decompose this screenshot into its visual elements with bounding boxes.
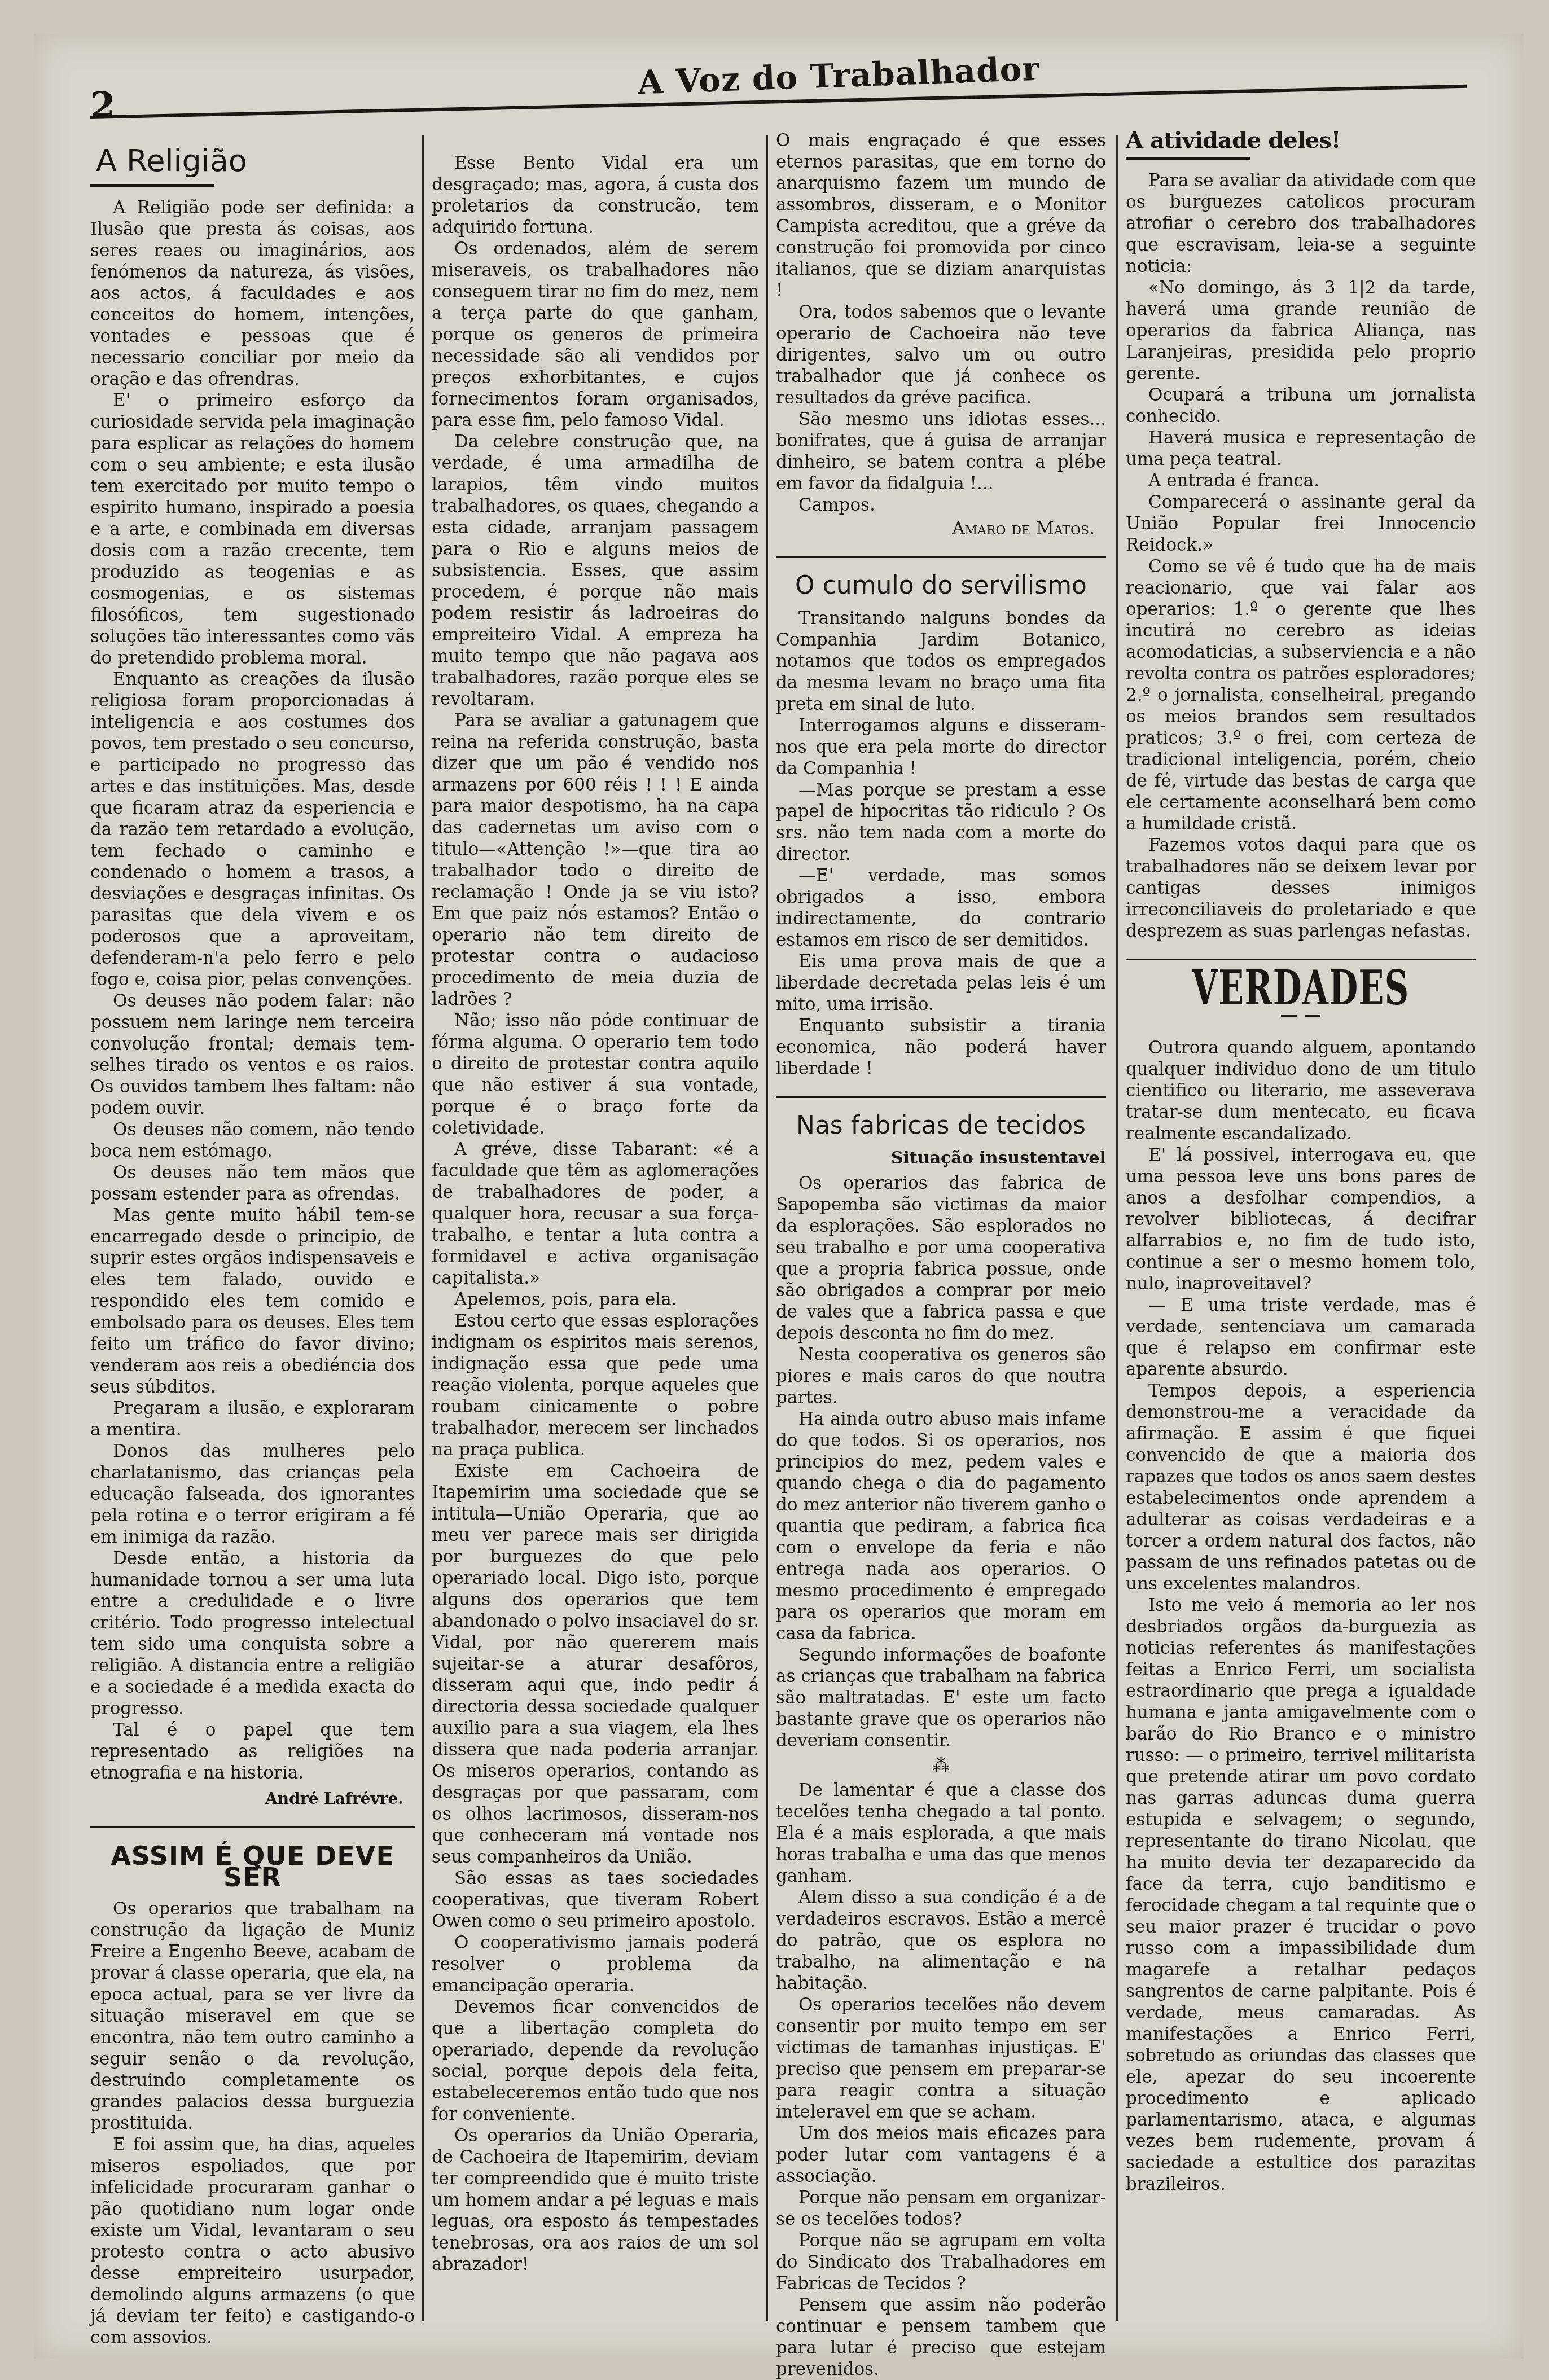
- paragraph: Mas gente muito hábil tem-se encarregado…: [90, 1205, 415, 1398]
- paragraph: Como se vê é tudo que ha de mais reacion…: [1126, 556, 1476, 835]
- paragraph: Os deuses não tem mãos que possam estend…: [90, 1162, 415, 1205]
- paragraph: Apelemos, pois, para ela.: [432, 1289, 759, 1310]
- paragraph: Esse Bento Vidal era um desgraçado; mas,…: [432, 152, 759, 238]
- page-number: 2: [90, 85, 116, 127]
- paragraph: Ora, todos sabemos que o levante operari…: [776, 301, 1106, 409]
- article-title-verdades: VERDADES: [1178, 977, 1423, 999]
- paragraph: — E uma triste verdade, mas é verdade, s…: [1126, 1294, 1476, 1380]
- paragraph: Porque não pensam em organizar-se os tec…: [776, 2187, 1106, 2230]
- article-separator: [90, 1826, 415, 1828]
- column-1: A Religião A Religião pode ser definida:…: [90, 130, 415, 2338]
- paragraph: —Mas porque se prestam a esse papel de h…: [776, 779, 1106, 865]
- paragraph: Não; isso não póde continuar de fórma al…: [432, 1010, 759, 1139]
- paragraph: Ha ainda outro abuso mais infame do que …: [776, 1408, 1106, 1644]
- paragraph: Outrora quando alguem, apontando qualque…: [1126, 1037, 1476, 1144]
- article-atividade-body: Para se avaliar da atividade com que os …: [1126, 170, 1476, 942]
- paragraph: O cooperativismo jamais poderá resolver …: [432, 1932, 759, 1996]
- paragraph: Pensem que assim não poderão continuar e…: [776, 2294, 1106, 2366]
- paragraph: São mesmo uns idiotas esses... bonifrate…: [776, 409, 1106, 494]
- paragraph: Os deuses não podem falar: não possuem n…: [90, 990, 415, 1119]
- article-separator: [776, 556, 1106, 558]
- article-tecidos-body-2: De lamentar é que a classe dos tecelões …: [776, 1780, 1106, 2366]
- paragraph: E foi assim que, ha dias, aqueles misero…: [90, 2134, 415, 2348]
- article-signature: Amaro de Matos.: [776, 518, 1095, 539]
- paragraph: Interrogamos alguns e disseram-nos que e…: [776, 715, 1106, 779]
- article-title-atividade: A atividade deles!: [1126, 130, 1476, 151]
- paragraph: Os operarios da União Operaria, de Cacho…: [432, 2125, 759, 2275]
- paragraph: Estou certo que essas esplorações indign…: [432, 1310, 759, 1460]
- paragraph: Alem disso a sua condição é a de verdade…: [776, 1887, 1106, 1994]
- paragraph: Devemos ficar convencidos de que a liber…: [432, 1996, 759, 2125]
- paragraph: Tempos depois, a esperiencia demonstrou-…: [1126, 1380, 1476, 1595]
- paragraph: Para se avaliar da atividade com que os …: [1126, 170, 1476, 277]
- paragraph: Os deuses não comem, não tendo boca nem …: [90, 1119, 415, 1162]
- article-place: Campos.: [776, 494, 1106, 516]
- column-2: Esse Bento Vidal era um desgraçado; mas,…: [432, 130, 759, 2338]
- paragraph: Nesta cooperativa os generos são piores …: [776, 1344, 1106, 1408]
- paragraph: Os operarios tecelões não devem consenti…: [776, 1994, 1106, 2123]
- title-underline: [90, 184, 214, 187]
- paragraph: Para se avaliar a gatunagem que reina na…: [432, 710, 759, 1010]
- paragraph: A entrada é franca.: [1126, 470, 1476, 491]
- paragraph: Um dos meios mais eficazes para poder lu…: [776, 2123, 1106, 2187]
- article-religiao-body: A Religião pode ser definida: a Ilusão q…: [90, 197, 415, 1784]
- article-signature: André Lafrévre.: [90, 1788, 403, 1810]
- paragraph: Fazemos votos daqui para que os trabalha…: [1126, 835, 1476, 942]
- article-assim-continued-2: O mais engraçado é que esses eternos par…: [776, 130, 1106, 494]
- paragraph: Porque não se agrupam em volta do Sindic…: [776, 2230, 1106, 2294]
- column-3: O mais engraçado é que esses eternos par…: [776, 130, 1106, 2338]
- paragraph: Os operarios das fabrica de Sapopemba sã…: [776, 1173, 1106, 1344]
- column-divider: [1116, 135, 1118, 2321]
- title-underline: [1126, 157, 1250, 160]
- asterism-separator: ⁂: [776, 1755, 1106, 1776]
- paragraph: Os ordenados, além de serem miseraveis, …: [432, 238, 759, 431]
- article-title-tecidos: Nas fabricas de tecidos: [776, 1115, 1106, 1136]
- column-divider: [766, 135, 768, 2321]
- paragraph: «No domingo, ás 3 1|2 da tarde, haverá u…: [1126, 277, 1476, 384]
- paragraph: Tal é o papel que tem representado as re…: [90, 1719, 415, 1784]
- paragraph: Desde então, a historia da humanidade to…: [90, 1548, 415, 1719]
- paragraph: Comparecerá o assinante geral da União P…: [1126, 491, 1476, 556]
- paragraph: Transitando nalguns bondes da Companhia …: [776, 608, 1106, 715]
- paragraph: Pregaram a ilusão, e exploraram a mentir…: [90, 1398, 415, 1441]
- article-assim-body: Os operarios que trabalham na construção…: [90, 1898, 415, 2348]
- paragraph: São essas as taes sociedades cooperativa…: [432, 1868, 759, 1932]
- column-4: A atividade deles! Para se avaliar da at…: [1126, 130, 1476, 2338]
- paragraph: Enquanto as creações da ilusão religiosa…: [90, 669, 415, 990]
- paragraph: Isto me veio á memoria ao ler nos desbri…: [1126, 1595, 1476, 2195]
- paragraph: E' o primeiro esforço da curiosidade ser…: [90, 390, 415, 669]
- paragraph: Os operarios que trabalham na construção…: [90, 1898, 415, 2134]
- article-assim-continued: Esse Bento Vidal era um desgraçado; mas,…: [432, 152, 759, 2275]
- article-subtitle-tecidos: Situação insustentavel: [776, 1148, 1106, 1169]
- paragraph: O mais engraçado é que esses eternos par…: [776, 130, 1106, 301]
- paragraph: Ocupará a tribuna um jornalista conhecid…: [1126, 384, 1476, 427]
- article-title-religiao: A Religião: [96, 141, 415, 181]
- column-divider: [422, 135, 424, 2321]
- paragraph: Existe em Cachoeira de Itapemirim uma so…: [432, 1460, 759, 1868]
- paragraph: Haverá musica e representação de uma peç…: [1126, 427, 1476, 470]
- paragraph: E' lá possivel, interrogava eu, que uma …: [1126, 1144, 1476, 1294]
- article-separator: [776, 1096, 1106, 1098]
- paragraph: —E' verdade, mas somos obrigados a isso,…: [776, 865, 1106, 951]
- article-servilismo-body: Transitando nalguns bondes da Companhia …: [776, 608, 1106, 1079]
- paragraph: Donos das mulheres pelo charlatanismo, d…: [90, 1441, 415, 1548]
- paragraph: Segundo informações de boafonte as crian…: [776, 1644, 1106, 1751]
- paragraph: A gréve, disse Tabarant: «é a faculdade …: [432, 1139, 759, 1289]
- paragraph: Eis uma prova mais de que a liberdade de…: [776, 951, 1106, 1015]
- article-title-servilismo: O cumulo do servilismo: [776, 575, 1106, 596]
- paragraph: A Religião pode ser definida: a Ilusão q…: [90, 197, 415, 390]
- paragraph: Enquanto subsistir a tirania economica, …: [776, 1015, 1106, 1079]
- article-verdades-body: Outrora quando alguem, apontando qualque…: [1126, 1037, 1476, 2195]
- paragraph: Da celebre construção que, na verdade, é…: [432, 431, 759, 710]
- article-title-assim: ASSIM É QUE DEVE SER: [90, 1845, 415, 1888]
- paragraph: De lamentar é que a classe dos tecelões …: [776, 1780, 1106, 1887]
- article-tecidos-body-1: Os operarios das fabrica de Sapopemba sã…: [776, 1173, 1106, 1751]
